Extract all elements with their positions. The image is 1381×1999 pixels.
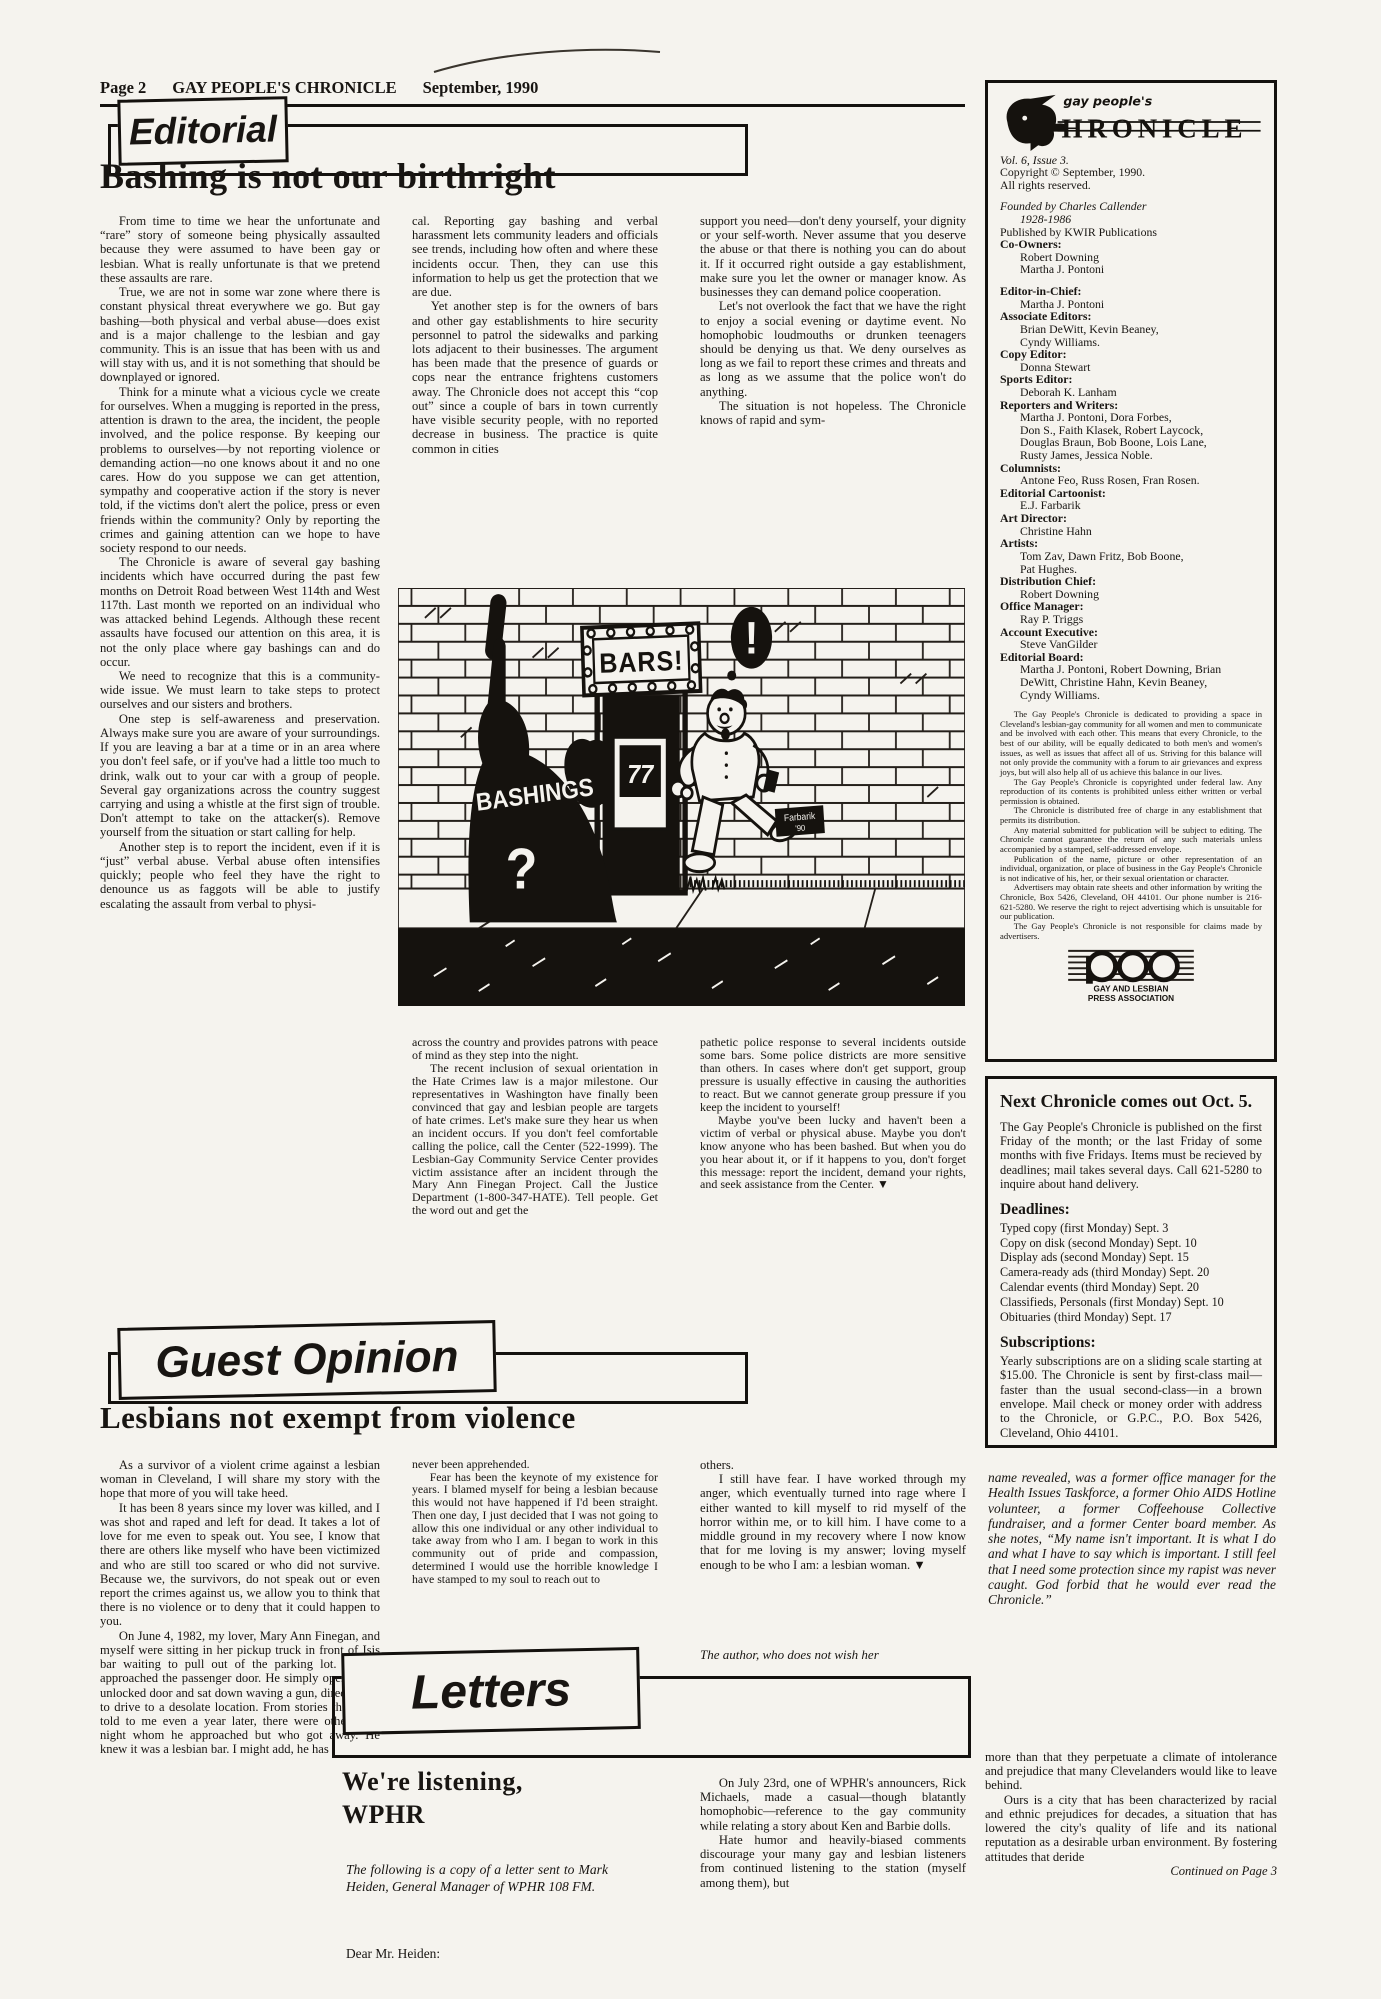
editorial-column-2-bottom: across the country and provides patrons … [412,1036,658,1332]
staff-entry: Associate Editors:Brian DeWitt, Kevin Be… [1000,310,1262,348]
deadline-item: Obituaries (third Monday) Sept. 17 [1000,1310,1262,1325]
paragraph: True, we are not in some war zone where … [100,285,380,385]
editorial-cartoon-illustration: 77 BARS! BASHINGS ? [398,588,965,1006]
subscriptions-text: Yearly subscriptions are on a sliding sc… [1000,1354,1262,1440]
staff-entry: Editorial Cartoonist:E.J. Farbarik [1000,487,1262,512]
paragraph: I still have fear. I have worked through… [700,1472,966,1572]
paragraph: We need to recognize that this is a comm… [100,669,380,712]
paragraph: Think for a minute what a vicious cycle … [100,385,380,556]
editorial-column-1: From time to time we hear the unfortunat… [100,214,380,1326]
paragraph: Another step is to report the incident, … [100,840,380,911]
staff-entry: Account Executive:Steve VanGilder [1000,626,1262,651]
continued-notice: Continued on Page 3 [985,1864,1277,1878]
editorial-column-2-top: cal. Reporting gay bashing and verbal ha… [412,214,658,586]
letter-intro-note: The following is a copy of a letter sent… [346,1862,608,1896]
signature-year: '90 [795,823,806,833]
staff-entry: Office Manager:Ray P. Triggs [1000,600,1262,625]
copyright-line: Copyright © September, 1990. [1000,166,1262,179]
paragraph: support you need—don't deny yourself, yo… [700,214,966,299]
letters-column-3: more than that they perpetuate a climate… [985,1750,1277,1968]
paragraph: pathetic police response to several inci… [700,1036,966,1114]
paragraph: others. [700,1458,966,1472]
paragraph: cal. Reporting gay bashing and verbal ha… [412,214,658,299]
exclamation-mark: ! [745,614,759,664]
deadline-item: Calendar events (third Monday) Sept. 20 [1000,1280,1262,1295]
letter-salutation: Dear Mr. Heiden: [346,1946,566,1962]
logo-small-text: gay people's [1063,94,1152,109]
door-sign-mark: 77 [627,761,654,789]
street [398,928,965,1006]
shadow-question-mark: ? [506,836,538,901]
paragraph: Let's not overlook the fact that we have… [700,299,966,399]
letters-section-label: Letters [341,1647,641,1735]
paragraph: Yet another step is for the owners of ba… [412,299,658,455]
deadlines-heading: Deadlines: [1000,1201,1262,1219]
page-number: Page 2 [100,78,146,98]
letter-headline: We're listening, WPHR [342,1766,642,1831]
bird-icon [1007,95,1068,151]
guest-column-2: never been apprehended. Fear has been th… [412,1458,658,1654]
paragraph: On July 23rd, one of WPHR's announcers, … [700,1776,966,1833]
next-issue-heading: Next Chronicle comes out Oct. 5. [1000,1091,1262,1112]
staff-entry: Co-Owners:Robert Downing Martha J. Ponto… [1000,238,1262,276]
next-issue-intro: The Gay People's Chronicle is published … [1000,1120,1262,1192]
guest-author-note-lead: The author, who does not wish her [700,1648,966,1662]
paragraph: From time to time we hear the unfortunat… [100,214,380,285]
letters-section-title: Letters [410,1662,571,1720]
staff-entry: Art Director:Christine Hahn [1000,512,1262,537]
paragraph: name revealed, was a former office manag… [988,1470,1276,1608]
staff-entry: Copy Editor:Donna Stewart [1000,348,1262,373]
paragraph: One step is self-awareness and preservat… [100,712,380,840]
rights-line: All rights reserved. [1000,179,1262,192]
next-issue-box: Next Chronicle comes out Oct. 5. The Gay… [985,1076,1277,1448]
editorial-section-title: Editorial [129,108,278,153]
staff-entry: Distribution Chief:Robert Downing [1000,575,1262,600]
subscriptions-heading: Subscriptions: [1000,1334,1262,1352]
paragraph: Ours is a city that has been characteriz… [985,1793,1277,1864]
deadline-item: Typed copy (first Monday) Sept. 3 [1000,1221,1262,1236]
guest-opinion-headline: Lesbians not exempt from violence [100,1402,820,1434]
guest-opinion-section-label: Guest Opinion [117,1320,496,1400]
staff-entry: Editorial Board:Martha J. Pontoni, Rober… [1000,651,1262,701]
guest-column-3: others. I still have fear. I have worked… [700,1458,966,1646]
paragraph: Fear has been the keynote of my existenc… [412,1471,658,1586]
staff-entry: Artists:Tom Zav, Dawn Fritz, Bob Boone, … [1000,537,1262,575]
logo-big-text: HRONICLE [1061,113,1247,143]
paragraph: across the country and provides patrons … [412,1036,658,1062]
paragraph: As a survivor of a violent crime against… [100,1458,380,1501]
staff-entry: Columnists:Antone Feo, Russ Rosen, Fran … [1000,462,1262,487]
letters-column-2: On July 23rd, one of WPHR's announcers, … [700,1776,966,1999]
paragraph: Maybe you've been lucky and haven't been… [700,1114,966,1192]
deadline-item: Camera-ready ads (third Monday) Sept. 20 [1000,1265,1262,1280]
editorial-headline: Bashing is not our birthright [100,158,760,195]
staff-entry: Editor-in-Chief:Martha J. Pontoni [1000,285,1262,310]
paragraph: The situation is not hopeless. The Chron… [700,399,966,427]
paragraph: The recent inclusion of sexual orientati… [412,1062,658,1217]
deadlines-list: Typed copy (first Monday) Sept. 3 Copy o… [1000,1221,1262,1325]
deadline-item: Copy on disk (second Monday) Sept. 10 [1000,1236,1262,1251]
page-header: Page 2 GAY PEOPLE'S CHRONICLE September,… [100,78,538,98]
glpa-caption-1: GAY AND LESBIAN [1094,985,1169,994]
guest-column-4-author-note: name revealed, was a former office manag… [988,1470,1276,1650]
bars-sign-text: BARS! [599,644,684,679]
chronicle-logo: gay people's HRONICLE [1000,93,1266,151]
paragraph: It has been 8 years since my lover was k… [100,1501,380,1629]
paragraph: never been apprehended. [412,1458,658,1471]
newspaper-page: { "header": { "page_label": "Page 2", "p… [0,0,1381,1999]
cartoonist-signature: Farbarik '90 [775,805,825,837]
issue-date: September, 1990 [423,78,539,98]
guest-opinion-section-title: Guest Opinion [155,1332,459,1388]
founded-years: 1928-1986 [1000,213,1262,226]
editorial-column-3-bottom: pathetic police response to several inci… [700,1036,966,1332]
paragraph: Hate humor and heavily-biased comments d… [700,1833,966,1890]
press-association-logo: GAY AND LESBIAN PRESS ASSOCIATION [1067,947,1195,1005]
deadline-item: Classifieds, Personals (first Monday) Se… [1000,1295,1262,1310]
masthead-fine-print: The Gay People's Chronicle is dedicated … [1000,710,1262,941]
staff-entry: Sports Editor:Deborah K. Lanham [1000,373,1262,398]
paragraph: more than that they perpetuate a climate… [985,1750,1277,1793]
editorial-column-3-top: support you need—don't deny yourself, yo… [700,214,966,586]
glpa-caption-2: PRESS ASSOCIATION [1088,994,1174,1003]
masthead-box: gay people's HRONICLE Vol. 6, Issue 3. C… [985,80,1277,1062]
bars-sign: BARS! [582,623,701,695]
pen-mark [430,42,665,78]
paragraph: The Chronicle is aware of several gay ba… [100,555,380,669]
deadline-item: Display ads (second Monday) Sept. 15 [1000,1250,1262,1265]
paper-name: GAY PEOPLE'S CHRONICLE [172,78,396,98]
staff-entry: Reporters and Writers:Martha J. Pontoni,… [1000,399,1262,462]
cartoon-svg: 77 BARS! BASHINGS ? [398,588,965,1006]
